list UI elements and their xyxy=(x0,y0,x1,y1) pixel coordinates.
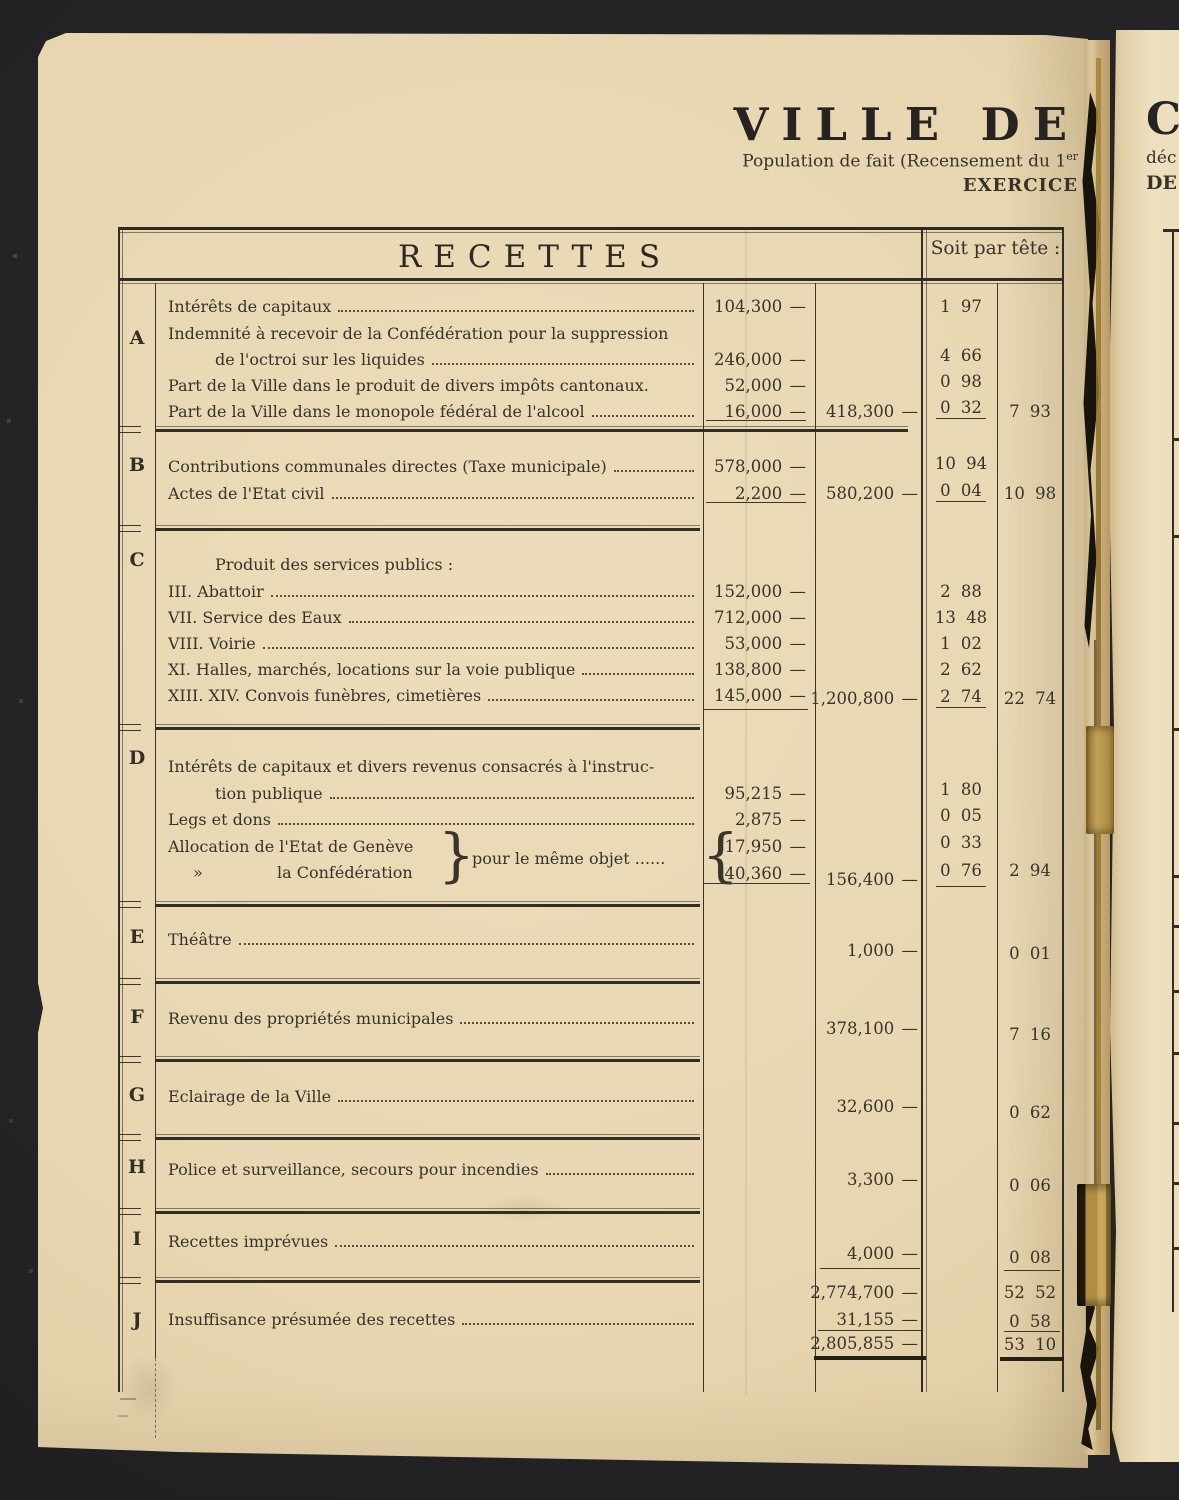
scanned-document-photo: VILLE DE Population de fait (Recensement… xyxy=(0,0,1179,1500)
per-head-detail: 0 76 xyxy=(929,861,993,881)
right-page-tick xyxy=(1173,925,1179,928)
row-label: Police et surveillance, secours pour inc… xyxy=(168,1160,698,1179)
per-head-subtotal: 0 08 xyxy=(999,1248,1061,1268)
per-head-subtotal: 0 62 xyxy=(999,1103,1061,1123)
section-divider xyxy=(155,901,700,902)
per-head-detail: 1 80 xyxy=(929,780,993,800)
amount-detail: 712,000 — xyxy=(690,608,806,628)
right-page-tick xyxy=(1173,1052,1179,1055)
dot-leader xyxy=(462,1323,694,1325)
per-head-detail: 10 94 xyxy=(929,454,993,474)
subsection-header: Produit des services publics : xyxy=(215,555,453,574)
amount-subtotal: 580,200 — xyxy=(806,484,918,504)
table-column-line xyxy=(815,283,816,1392)
per-head-subtotal: 7 16 xyxy=(999,1025,1061,1045)
background-specks xyxy=(0,0,2,2)
section-divider xyxy=(155,1137,700,1140)
per-head-detail: 2 62 xyxy=(929,660,993,680)
per-head-detail: 1 02 xyxy=(929,634,993,654)
table-column-line xyxy=(921,227,923,1392)
letter-column-dash xyxy=(120,978,141,979)
sum-underline xyxy=(1004,1270,1060,1271)
letter-column-dash xyxy=(120,531,141,532)
letter-column-dash xyxy=(120,901,141,902)
right-page-table-line xyxy=(1172,229,1174,1312)
table-title: RECETTES xyxy=(300,239,770,276)
ink-remnant xyxy=(120,1398,136,1400)
right-page-tick xyxy=(1173,438,1179,441)
row-label: Actes de l'Etat civil xyxy=(168,484,698,503)
row-label-text: de l'octroi sur les liquides xyxy=(215,350,425,369)
dot-leader xyxy=(432,363,694,365)
letter-column-dash xyxy=(120,1062,141,1063)
dot-leader xyxy=(582,673,694,675)
row-label: Indemnité à recevoir de la Confédération… xyxy=(168,324,668,343)
section-divider xyxy=(155,1211,700,1214)
amount-subtotal: 1,000 — xyxy=(806,941,918,961)
table-column-line xyxy=(926,227,927,1392)
row-label: Allocation de l'Etat de Genève xyxy=(168,837,413,856)
row-label-text: tion publique xyxy=(215,784,323,803)
row-label-text: Intérêts de capitaux xyxy=(168,297,331,316)
row-label: Eclairage de la Ville xyxy=(168,1087,698,1106)
dot-leader xyxy=(349,621,694,623)
row-label-text: Legs et dons xyxy=(168,810,271,829)
row-label-text: Police et surveillance, secours pour inc… xyxy=(168,1160,539,1179)
sum-underline xyxy=(706,502,806,503)
amount-detail: 16,000 — xyxy=(690,402,806,422)
section-divider xyxy=(155,426,908,427)
row-label: XI. Halles, marchés, locations sur la vo… xyxy=(168,660,698,679)
right-page-tick xyxy=(1173,1122,1179,1125)
amount-subtotal: 1,200,800 — xyxy=(806,689,918,709)
row-label: pour le même objet ...... xyxy=(472,849,665,868)
amount-detail: 17,950 — xyxy=(690,837,806,857)
section-divider xyxy=(155,1280,700,1283)
row-label: de l'octroi sur les liquides xyxy=(215,350,698,369)
letter-column-dash xyxy=(120,1208,141,1209)
row-label: Théâtre xyxy=(168,930,698,949)
section-letter-a: A xyxy=(119,327,155,350)
sum-underline xyxy=(704,709,808,710)
paper-stain xyxy=(120,1352,180,1422)
section-divider xyxy=(155,1208,700,1209)
ink-remnant xyxy=(118,1415,128,1417)
letter-column-dash xyxy=(120,1277,141,1278)
row-label-text: Revenu des propriétés municipales xyxy=(168,1009,453,1028)
letter-column-dash xyxy=(120,730,141,731)
dot-leader xyxy=(330,797,694,799)
table-column-line xyxy=(997,283,998,1392)
exercice-label: EXERCICE xyxy=(878,175,1078,197)
row-label-text: III. Abattoir xyxy=(168,582,264,601)
right-page-tick xyxy=(1173,990,1179,993)
row-label-text: VIII. Voirie xyxy=(168,634,256,653)
per-head-subtotal: 7 93 xyxy=(999,402,1061,422)
letter-column-dash xyxy=(120,1214,141,1215)
row-label-text: Recettes imprévues xyxy=(168,1232,328,1251)
section-letter-d: D xyxy=(119,747,155,770)
right-page-big-letter: C xyxy=(1146,94,1179,147)
sum-underline xyxy=(820,1268,920,1269)
row-label: Revenu des propriétés municipales xyxy=(168,1009,698,1028)
letter-column-dash xyxy=(120,1140,141,1141)
total-rule xyxy=(1000,1357,1064,1361)
sum-underline xyxy=(1004,1331,1060,1332)
letter-column-dash xyxy=(120,984,141,985)
amount-subtotal: 4,000 — xyxy=(806,1244,918,1264)
letter-column-dash xyxy=(120,1283,141,1284)
dot-leader xyxy=(488,699,694,701)
row-label: Intérêts de capitaux xyxy=(168,297,698,316)
row-label: la Confédération xyxy=(277,863,413,882)
amount-subtotal: 156,400 — xyxy=(806,870,918,890)
amount-grand-total: 2,805,855 — xyxy=(806,1334,918,1354)
section-divider xyxy=(155,904,700,907)
section-letter-f: F xyxy=(119,1006,155,1029)
population-line: Population de fait (Recensement du 1er xyxy=(640,150,1078,172)
table-border-line xyxy=(118,227,120,1392)
right-page-tick xyxy=(1173,1247,1179,1250)
row-label-text: XI. Halles, marchés, locations sur la vo… xyxy=(168,660,575,679)
per-head-detail: 2 74 xyxy=(929,687,993,707)
section-divider xyxy=(155,528,700,531)
letter-column-dash xyxy=(120,426,141,427)
amount-subtotal: 378,100 — xyxy=(806,1019,918,1039)
binding-tape-lower xyxy=(1077,1184,1111,1306)
section-divider xyxy=(155,429,908,432)
dot-leader xyxy=(338,1100,694,1102)
sum-underline xyxy=(936,707,986,708)
amount-subtotal: 418,300 — xyxy=(806,402,918,422)
amount-grand-subtotal: 2,774,700 — xyxy=(806,1283,918,1303)
dot-leader xyxy=(239,943,694,945)
per-head-subtotal: 2 94 xyxy=(999,861,1061,881)
amount-detail: 40,360 — xyxy=(690,864,806,884)
per-head-detail: 2 88 xyxy=(929,582,993,602)
section-divider xyxy=(155,978,700,979)
row-label: Intérêts de capitaux et divers revenus c… xyxy=(168,757,654,776)
amount-subtotal: 32,600 — xyxy=(806,1097,918,1117)
dot-leader xyxy=(614,470,694,472)
section-divider xyxy=(155,724,700,725)
page-title: VILLE DE xyxy=(700,98,1080,152)
section-divider xyxy=(155,525,700,526)
sum-underline xyxy=(936,886,986,887)
ordinal-sup: er xyxy=(1066,150,1078,163)
per-head-detail: 0 05 xyxy=(929,806,993,826)
table-column-line xyxy=(155,283,156,1358)
per-head-subtotal: 22 74 xyxy=(999,689,1061,709)
amount-subtotal: 31,155 — xyxy=(806,1310,918,1330)
dot-leader xyxy=(335,1245,694,1247)
row-label-text: XIII. XIV. Convois funèbres, cimetières xyxy=(168,686,481,705)
section-divider xyxy=(155,1059,700,1062)
right-page-tick xyxy=(1173,535,1179,538)
letter-column-dash xyxy=(120,525,141,526)
amount-subtotal: 3,300 — xyxy=(806,1170,918,1190)
per-head-grand-total: 53 10 xyxy=(999,1335,1061,1355)
amount-detail: 95,215 — xyxy=(690,784,806,804)
row-label-text: Eclairage de la Ville xyxy=(168,1087,331,1106)
row-label-text: Insuffisance présumée des recettes xyxy=(168,1310,455,1329)
right-page-tick xyxy=(1173,728,1179,731)
letter-column-dash xyxy=(120,1134,141,1135)
amount-detail: 104,300 — xyxy=(690,297,806,317)
per-head-subtotal: 0 06 xyxy=(999,1176,1061,1196)
table-border-line xyxy=(122,227,123,1392)
amount-detail: 2,200 — xyxy=(690,484,806,504)
per-head-detail: 4 66 xyxy=(929,346,993,366)
section-divider xyxy=(155,727,700,730)
dot-leader xyxy=(460,1022,694,1024)
sum-underline xyxy=(704,883,810,884)
dot-leader xyxy=(338,310,694,312)
section-divider xyxy=(155,981,700,984)
section-letter-b: B xyxy=(119,454,155,477)
row-label-text: Actes de l'Etat civil xyxy=(168,484,325,503)
row-label: Recettes imprévues xyxy=(168,1232,698,1251)
sum-underline xyxy=(936,418,986,419)
row-label-text: VII. Service des Eaux xyxy=(168,608,342,627)
per-head-detail: 0 33 xyxy=(929,833,993,853)
sum-underline xyxy=(818,1330,922,1331)
per-head-detail: 1 97 xyxy=(929,297,993,317)
sum-underline xyxy=(706,420,806,421)
amount-detail: 53,000 — xyxy=(690,634,806,654)
right-page-tick xyxy=(1173,875,1179,878)
row-label: Part de la Ville dans le monopole fédéra… xyxy=(168,402,698,421)
section-letter-j: J xyxy=(119,1309,155,1332)
amount-detail: 138,800 — xyxy=(690,660,806,680)
sum-underline xyxy=(936,501,986,502)
row-label: III. Abattoir xyxy=(168,582,698,601)
letter-column-dash xyxy=(120,1056,141,1057)
section-letter-e: E xyxy=(119,926,155,949)
row-label: Contributions communales directes (Taxe … xyxy=(168,457,698,476)
section-letter-i: I xyxy=(119,1228,155,1251)
table-border-line xyxy=(1062,227,1064,1392)
letter-column-dash xyxy=(120,907,141,908)
dot-leader xyxy=(271,595,694,597)
per-head-detail: 0 04 xyxy=(929,481,993,501)
row-label-text: Contributions communales directes (Taxe … xyxy=(168,457,607,476)
table-column-line-dashed xyxy=(155,1358,156,1438)
total-rule xyxy=(814,1356,926,1360)
right-page-dec-text: déc xyxy=(1146,148,1176,168)
right-page-paper xyxy=(1106,30,1179,1462)
row-label: tion publique xyxy=(215,784,698,803)
letter-column-dash xyxy=(120,724,141,725)
brace-close: } xyxy=(438,826,475,884)
amount-detail: 52,000 — xyxy=(690,376,806,396)
row-label: VII. Service des Eaux xyxy=(168,608,698,627)
dot-leader xyxy=(332,497,694,499)
row-label: Legs et dons xyxy=(168,810,698,829)
right-page-de-text: DE xyxy=(1146,172,1177,195)
per-head-subtotal: 0 58 xyxy=(999,1312,1061,1332)
row-label-text: Théâtre xyxy=(168,930,232,949)
amount-detail: 145,000 — xyxy=(690,686,806,706)
per-head-subtotal: 0 01 xyxy=(999,944,1061,964)
per-head-header: Soit par tête : xyxy=(929,238,1062,260)
row-label: Part de la Ville dans le produit de dive… xyxy=(168,376,649,395)
dot-leader xyxy=(263,647,694,649)
binding-tape-upper xyxy=(1086,726,1114,834)
per-head-detail: 0 32 xyxy=(929,398,993,418)
per-head-detail: 13 48 xyxy=(929,608,993,628)
amount-detail: 578,000 — xyxy=(690,457,806,477)
amount-detail: 152,000 — xyxy=(690,582,806,602)
dot-leader xyxy=(278,823,694,825)
dot-leader xyxy=(592,415,694,417)
per-head-grand-subtotal: 52 52 xyxy=(999,1283,1061,1303)
row-label: Insuffisance présumée des recettes xyxy=(168,1310,698,1329)
per-head-detail: 0 98 xyxy=(929,372,993,392)
section-letter-c: C xyxy=(119,549,155,572)
row-label: XIII. XIV. Convois funèbres, cimetières xyxy=(168,686,698,705)
section-divider xyxy=(155,1056,700,1057)
dot-leader xyxy=(546,1173,694,1175)
section-letter-h: H xyxy=(119,1156,155,1179)
row-label: VIII. Voirie xyxy=(168,634,698,653)
right-page-tick xyxy=(1173,1182,1179,1185)
section-divider xyxy=(155,1134,700,1135)
amount-detail: 246,000 — xyxy=(690,350,806,370)
row-label-text: Part de la Ville dans le monopole fédéra… xyxy=(168,402,585,421)
section-letter-g: G xyxy=(119,1084,155,1107)
population-text: Population de fait (Recensement du 1 xyxy=(742,152,1066,172)
per-head-subtotal: 10 98 xyxy=(999,484,1061,504)
section-divider xyxy=(155,1277,700,1278)
letter-column-dash xyxy=(120,432,141,433)
right-page-table-line xyxy=(1163,229,1179,232)
ditto-mark: » xyxy=(193,863,203,882)
